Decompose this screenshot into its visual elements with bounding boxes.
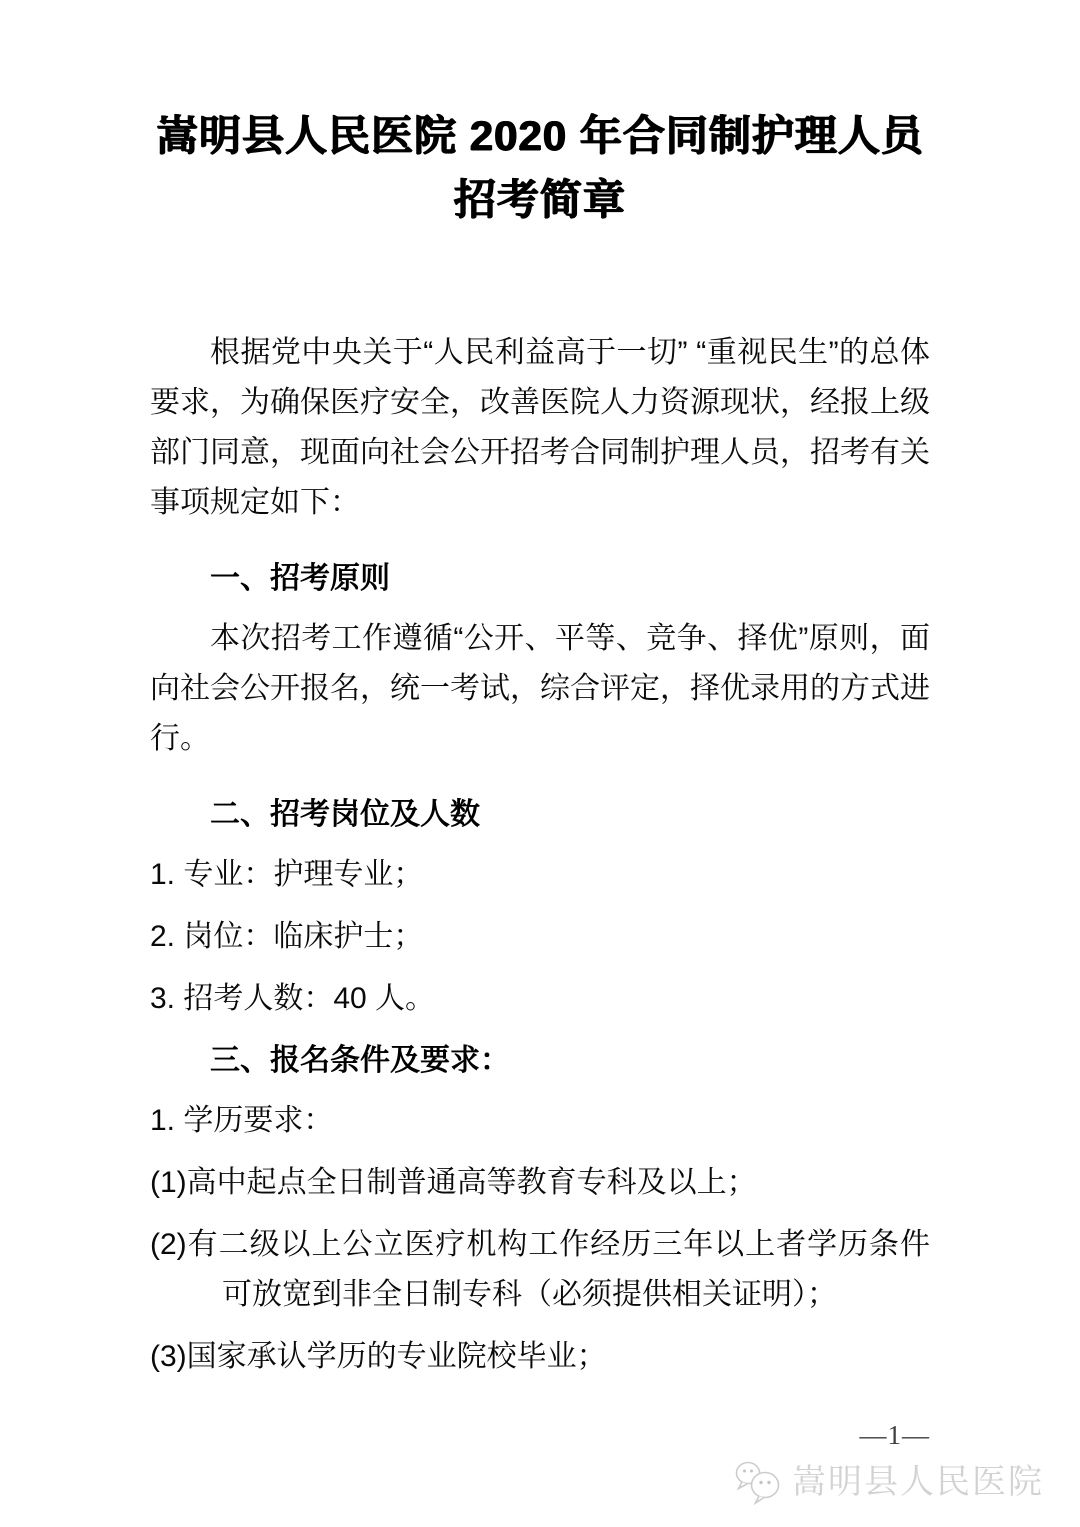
section-3-item-3: (2)有二级以上公立医疗机构工作经历三年以上者学历条件可放宽到非全日制专科（必须… (150, 1220, 930, 1320)
title-line-1: 嵩明县人民医院 2020 年合同制护理人员 (150, 104, 930, 168)
document-title: 嵩明县人民医院 2020 年合同制护理人员 招考简章 (150, 104, 930, 232)
section-3-heading: 三、报名条件及要求： (150, 1036, 930, 1086)
section-2-heading: 二、招考岗位及人数 (150, 790, 930, 840)
wechat-icon (734, 1459, 786, 1505)
intro-paragraph: 根据党中央关于“人民利益高于一切” “重视民生”的总体要求，为确保医疗安全，改善… (150, 328, 930, 528)
section-3-item-1: 1. 学历要求： (150, 1096, 930, 1146)
section-2-item-3: 3. 招考人数：40 人。 (150, 974, 930, 1024)
section-2-item-2: 2. 岗位：临床护士； (150, 912, 930, 962)
title-line-2: 招考简章 (150, 168, 930, 232)
section-3-item-2: (1)高中起点全日制普通高等教育专科及以上； (150, 1158, 930, 1208)
section-3-item-4: (3)国家承认学历的专业院校毕业； (150, 1332, 930, 1382)
watermark-text: 嵩明县人民医院 (792, 1459, 1044, 1505)
page-number: —1— (860, 1422, 931, 1449)
section-1-heading: 一、招考原则 (150, 554, 930, 604)
section-2-item-1: 1. 专业：护理专业； (150, 850, 930, 900)
document-page: 嵩明县人民医院 2020 年合同制护理人员 招考简章 根据党中央关于“人民利益高… (0, 0, 1080, 1527)
watermark: 嵩明县人民医院 (734, 1459, 1044, 1505)
section-1-body: 本次招考工作遵循“公开、平等、竞争、择优”原则，面向社会公开报名，统一考试，综合… (150, 614, 930, 764)
